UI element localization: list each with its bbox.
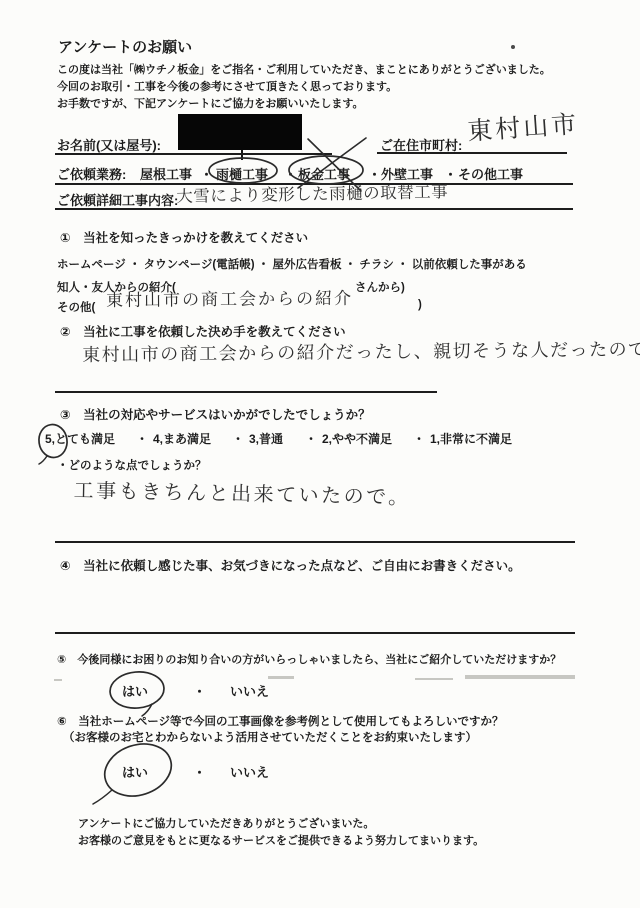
q3-scale-1: 1,非常に不満足: [430, 430, 512, 447]
separator-dot: ・: [193, 762, 206, 781]
q3-scale-5: 5,とても満足: [45, 430, 115, 447]
scan-streak: [54, 679, 62, 681]
q5-yes-option: はい: [122, 681, 148, 700]
q4-heading: ④ 当社に依頼し感じた事、お気づきになった点など、ご自由にお書きください。: [60, 556, 521, 574]
service-field-label: ご依頼業務:: [57, 164, 126, 183]
intro-line-2: 今回のお取引・工事を今後の参考にさせて頂きたく思っております。: [57, 79, 551, 96]
q3-scale-3: 3,普通: [249, 430, 283, 447]
q3-followup-label: ・どのような点でしょうか？: [57, 457, 207, 473]
separator-dot: ・: [413, 430, 425, 447]
q1-referral-suffix: さんから): [355, 279, 405, 295]
q4-divider: [55, 632, 575, 634]
name-underline: [55, 153, 332, 155]
intro-line-1: この度は当社「㈱ウチノ板金」をご指名・ご利用していただき、まことにありがとうござ…: [57, 62, 551, 79]
pen-stroke: [241, 150, 243, 160]
footer-paragraph: アンケートにご協力していただきありがとうございまいた。 お客様のご意見をもとに更…: [78, 816, 484, 849]
handwritten-q3-answer: 工事もきちんと出来ていたので。: [73, 474, 411, 510]
scan-speck: [511, 45, 515, 49]
page-title: アンケートのお願い: [58, 36, 192, 57]
handwritten-q1-other-value: 東村山市の商工会からの紹介: [106, 284, 353, 311]
q2-divider: [55, 391, 437, 393]
service-option-roof: 屋根工事: [140, 164, 192, 183]
q6-no-option: いいえ: [230, 762, 269, 781]
footer-line-1: アンケートにご協力していただきありがとうございまいた。: [78, 816, 484, 833]
separator-dot: ・: [136, 430, 148, 447]
q3-scale-2: 2,やや不満足: [322, 430, 392, 447]
handwritten-q2-answer: 東村山市の商工会からの紹介だったし、親切そうな人だったので: [82, 335, 640, 367]
questionnaire-scan-page: アンケートのお願い この度は当社「㈱ウチノ板金」をご指名・ご利用していただき、ま…: [0, 0, 640, 908]
separator-dot: ・: [232, 430, 244, 447]
city-underline: [377, 152, 567, 154]
redacted-name-value: [178, 114, 302, 150]
scan-streak: [268, 676, 294, 679]
name-field-label: お名前(又は屋号):: [57, 135, 161, 154]
q3-divider: [55, 541, 575, 543]
q3-scale-4: 4,まあ満足: [153, 430, 211, 447]
service-option-gutter: 雨樋工事: [216, 164, 268, 183]
separator-dot: ・: [193, 681, 206, 700]
separator-dot: ・: [305, 430, 317, 447]
q1-options-line: ホームページ ・ タウンページ(電話帳) ・ 屋外広告看板 ・ チラシ ・ 以前…: [57, 256, 527, 272]
q1-other-prefix: その他(: [57, 299, 95, 315]
q5-no-option: いいえ: [230, 681, 269, 700]
q5-heading: ⑤ 今後同様にお困りのお知り合いの方がいらっしゃいましたら、当社にご紹介していた…: [57, 651, 561, 667]
q1-other-suffix: ): [418, 299, 422, 311]
circle-mark-q6-yes-tail: [93, 790, 112, 804]
q6-heading-line2: （お客様のお宅とわからないよう活用させていただくことをお約束いたします）: [63, 729, 477, 745]
intro-paragraph: この度は当社「㈱ウチノ板金」をご指名・ご利用していただき、まことにありがとうござ…: [57, 62, 551, 113]
service-option-other: その他工事: [458, 164, 523, 183]
detail-field-label: ご依頼詳細工事内容:: [57, 190, 178, 209]
q2-heading: ② 当社に工事を依頼した決め手を教えてください: [60, 322, 346, 340]
q3-heading: ③ 当社の対応やサービスはいかがでしたでしょうか？: [60, 405, 371, 423]
footer-line-2: お客様のご意見をもとに更なるサービスをご提供できるよう努力してまいります。: [78, 833, 484, 850]
handwritten-city-value: 東村山市: [466, 104, 580, 148]
circle-mark-rating-5-tail: [39, 456, 47, 464]
q1-heading: ① 当社を知ったきっかけを教えてください: [60, 228, 308, 246]
q6-yes-option: はい: [122, 762, 148, 781]
handwritten-detail-value: 大雪により変形した雨樋の取替工事: [176, 178, 448, 207]
separator-dot: ・: [200, 164, 213, 183]
scan-streak: [465, 675, 575, 679]
scan-streak: [415, 678, 453, 680]
q6-heading-line1: ⑥ 当社ホームページ等で今回の工事画像を参考例として使用してもよろしいですか？: [57, 713, 504, 729]
detail-underline: [55, 208, 573, 210]
